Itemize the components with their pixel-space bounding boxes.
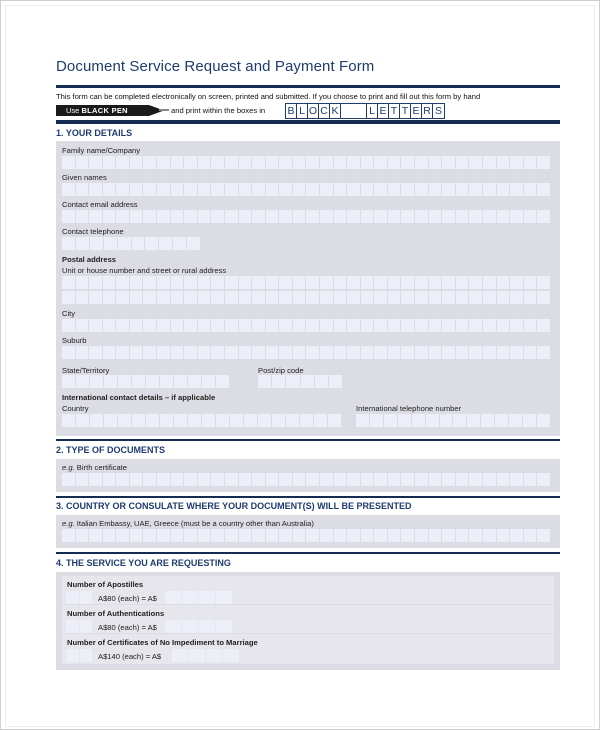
character-cell[interactable] (89, 319, 102, 332)
character-cell[interactable] (388, 291, 401, 304)
character-cell[interactable] (293, 210, 306, 223)
character-cell[interactable] (279, 473, 292, 486)
character-cell[interactable] (143, 183, 156, 196)
character-cell[interactable] (429, 276, 442, 289)
character-cell[interactable] (388, 276, 401, 289)
character-cell[interactable] (524, 156, 537, 169)
character-cell[interactable] (537, 346, 550, 359)
character-cell[interactable] (76, 375, 89, 388)
character-cell[interactable] (184, 210, 197, 223)
character-cell[interactable] (198, 529, 211, 542)
character-cell[interactable] (157, 529, 170, 542)
character-cell[interactable] (510, 276, 523, 289)
character-cell[interactable] (398, 414, 411, 427)
character-cell[interactable] (225, 276, 238, 289)
character-cell[interactable] (104, 237, 117, 250)
character-cell[interactable] (495, 414, 508, 427)
character-cell[interactable] (62, 414, 75, 427)
character-cell[interactable] (456, 529, 469, 542)
character-cell[interactable] (76, 210, 89, 223)
character-cell[interactable] (306, 276, 319, 289)
character-cell[interactable] (483, 156, 496, 169)
character-cell[interactable] (347, 156, 360, 169)
character-cell[interactable] (159, 237, 172, 250)
character-cell[interactable] (90, 414, 103, 427)
character-cell[interactable] (320, 210, 333, 223)
authentications-amount-field[interactable] (165, 620, 232, 633)
character-cell[interactable] (429, 529, 442, 542)
character-cell[interactable] (334, 183, 347, 196)
character-cell[interactable] (469, 156, 482, 169)
character-cell[interactable] (314, 414, 327, 427)
character-cell[interactable] (537, 183, 550, 196)
given-names-field[interactable] (62, 183, 550, 196)
character-cell[interactable] (266, 319, 279, 332)
character-cell[interactable] (116, 529, 129, 542)
character-cell[interactable] (415, 529, 428, 542)
character-cell[interactable] (401, 319, 414, 332)
character-cell[interactable] (374, 319, 387, 332)
character-cell[interactable] (198, 183, 211, 196)
character-cell[interactable] (173, 237, 186, 250)
character-cell[interactable] (469, 529, 482, 542)
character-cell[interactable] (293, 291, 306, 304)
character-cell[interactable] (89, 346, 102, 359)
character-cell[interactable] (509, 414, 522, 427)
character-cell[interactable] (225, 319, 238, 332)
character-cell[interactable] (537, 291, 550, 304)
character-cell[interactable] (279, 183, 292, 196)
character-cell[interactable] (62, 473, 75, 486)
character-cell[interactable] (118, 414, 131, 427)
character-cell[interactable] (537, 529, 550, 542)
character-cell[interactable] (293, 319, 306, 332)
character-cell[interactable] (374, 291, 387, 304)
character-cell[interactable] (76, 414, 89, 427)
character-cell[interactable] (230, 414, 243, 427)
character-cell[interactable] (157, 276, 170, 289)
character-cell[interactable] (456, 319, 469, 332)
character-cell[interactable] (90, 237, 103, 250)
character-cell[interactable] (211, 276, 224, 289)
character-cell[interactable] (160, 414, 173, 427)
character-cell[interactable] (225, 473, 238, 486)
character-cell[interactable] (347, 529, 360, 542)
character-cell[interactable] (143, 473, 156, 486)
character-cell[interactable] (456, 291, 469, 304)
character-cell[interactable] (143, 319, 156, 332)
character-cell[interactable] (361, 291, 374, 304)
character-cell[interactable] (361, 473, 374, 486)
character-cell[interactable] (272, 375, 285, 388)
character-cell[interactable] (62, 291, 75, 304)
character-cell[interactable] (76, 156, 89, 169)
character-cell[interactable] (103, 276, 116, 289)
character-cell[interactable] (198, 346, 211, 359)
character-cell[interactable] (184, 291, 197, 304)
character-cell[interactable] (374, 276, 387, 289)
character-cell[interactable] (104, 414, 117, 427)
character-cell[interactable] (258, 414, 271, 427)
character-cell[interactable] (116, 319, 129, 332)
character-cell[interactable] (347, 210, 360, 223)
character-cell[interactable] (361, 156, 374, 169)
street-field-line-1[interactable] (62, 276, 550, 289)
character-cell[interactable] (116, 276, 129, 289)
character-cell[interactable] (211, 210, 224, 223)
character-cell[interactable] (306, 346, 319, 359)
telephone-field[interactable] (62, 237, 200, 250)
character-cell[interactable] (62, 319, 75, 332)
character-cell[interactable] (374, 346, 387, 359)
character-cell[interactable] (293, 183, 306, 196)
character-cell[interactable] (184, 529, 197, 542)
character-cell[interactable] (306, 210, 319, 223)
character-cell[interactable] (187, 237, 200, 250)
character-cell[interactable] (62, 529, 75, 542)
character-cell[interactable] (118, 375, 131, 388)
character-cell[interactable] (300, 414, 313, 427)
character-cell[interactable] (347, 291, 360, 304)
character-cell[interactable] (143, 291, 156, 304)
character-cell[interactable] (174, 375, 187, 388)
character-cell[interactable] (401, 210, 414, 223)
character-cell[interactable] (510, 319, 523, 332)
character-cell[interactable] (225, 156, 238, 169)
character-cell[interactable] (510, 156, 523, 169)
character-cell[interactable] (211, 346, 224, 359)
character-cell[interactable] (442, 291, 455, 304)
character-cell[interactable] (456, 156, 469, 169)
character-cell[interactable] (130, 183, 143, 196)
character-cell[interactable] (225, 346, 238, 359)
character-cell[interactable] (497, 346, 510, 359)
character-cell[interactable] (524, 346, 537, 359)
character-cell[interactable] (198, 291, 211, 304)
state-field[interactable] (62, 375, 229, 388)
character-cell[interactable] (171, 183, 184, 196)
character-cell[interactable] (374, 156, 387, 169)
character-cell[interactable] (388, 473, 401, 486)
character-cell[interactable] (429, 346, 442, 359)
apostilles-quantity-field[interactable] (66, 591, 92, 604)
character-cell[interactable] (401, 529, 414, 542)
character-cell[interactable] (483, 183, 496, 196)
character-cell[interactable] (225, 183, 238, 196)
character-cell[interactable] (334, 210, 347, 223)
character-cell[interactable] (286, 375, 299, 388)
character-cell[interactable] (266, 276, 279, 289)
country-consulate-field[interactable] (62, 529, 550, 542)
character-cell[interactable] (347, 276, 360, 289)
character-cell[interactable] (334, 346, 347, 359)
character-cell[interactable] (415, 346, 428, 359)
character-cell[interactable] (497, 319, 510, 332)
character-cell[interactable] (252, 183, 265, 196)
character-cell[interactable] (293, 473, 306, 486)
cni-amount-field[interactable] (172, 649, 239, 662)
character-cell[interactable] (415, 156, 428, 169)
character-cell[interactable] (184, 276, 197, 289)
character-cell[interactable] (347, 473, 360, 486)
character-cell[interactable] (103, 183, 116, 196)
character-cell[interactable] (328, 414, 341, 427)
character-cell[interactable] (103, 210, 116, 223)
character-cell[interactable] (306, 473, 319, 486)
character-cell[interactable] (510, 473, 523, 486)
character-cell[interactable] (202, 414, 215, 427)
cni-quantity-field[interactable] (66, 649, 92, 662)
character-cell[interactable] (510, 529, 523, 542)
character-cell[interactable] (252, 319, 265, 332)
family-name-field[interactable] (62, 156, 550, 169)
character-cell[interactable] (239, 346, 252, 359)
character-cell[interactable] (361, 529, 374, 542)
character-cell[interactable] (279, 156, 292, 169)
character-cell[interactable] (225, 291, 238, 304)
character-cell[interactable] (239, 183, 252, 196)
character-cell[interactable] (62, 375, 75, 388)
character-cell[interactable] (198, 276, 211, 289)
character-cell[interactable] (103, 529, 116, 542)
character-cell[interactable] (116, 156, 129, 169)
character-cell[interactable] (456, 210, 469, 223)
character-cell[interactable] (62, 210, 75, 223)
character-cell[interactable] (216, 375, 229, 388)
character-cell[interactable] (510, 291, 523, 304)
character-cell[interactable] (157, 183, 170, 196)
character-cell[interactable] (239, 529, 252, 542)
character-cell[interactable] (374, 529, 387, 542)
character-cell[interactable] (320, 276, 333, 289)
character-cell[interactable] (370, 414, 383, 427)
character-cell[interactable] (401, 473, 414, 486)
street-field-line-2[interactable] (62, 291, 550, 304)
character-cell[interactable] (467, 414, 480, 427)
character-cell[interactable] (143, 156, 156, 169)
character-cell[interactable] (132, 237, 145, 250)
character-cell[interactable] (320, 529, 333, 542)
character-cell[interactable] (171, 319, 184, 332)
character-cell[interactable] (388, 156, 401, 169)
character-cell[interactable] (456, 346, 469, 359)
character-cell[interactable] (130, 346, 143, 359)
character-cell[interactable] (453, 414, 466, 427)
character-cell[interactable] (62, 156, 75, 169)
character-cell[interactable] (469, 183, 482, 196)
character-cell[interactable] (279, 319, 292, 332)
character-cell[interactable] (442, 276, 455, 289)
character-cell[interactable] (216, 414, 229, 427)
character-cell[interactable] (442, 346, 455, 359)
character-cell[interactable] (442, 473, 455, 486)
character-cell[interactable] (252, 529, 265, 542)
character-cell[interactable] (293, 156, 306, 169)
character-cell[interactable] (334, 473, 347, 486)
character-cell[interactable] (258, 375, 271, 388)
character-cell[interactable] (429, 156, 442, 169)
character-cell[interactable] (497, 473, 510, 486)
character-cell[interactable] (211, 529, 224, 542)
character-cell[interactable] (89, 291, 102, 304)
character-cell[interactable] (130, 319, 143, 332)
character-cell[interactable] (188, 414, 201, 427)
character-cell[interactable] (103, 319, 116, 332)
character-cell[interactable] (537, 156, 550, 169)
character-cell[interactable] (279, 291, 292, 304)
apostilles-amount-field[interactable] (165, 591, 232, 604)
character-cell[interactable] (293, 346, 306, 359)
character-cell[interactable] (145, 237, 158, 250)
character-cell[interactable] (524, 529, 537, 542)
character-cell[interactable] (62, 276, 75, 289)
character-cell[interactable] (442, 183, 455, 196)
character-cell[interactable] (320, 183, 333, 196)
character-cell[interactable] (252, 276, 265, 289)
character-cell[interactable] (146, 375, 159, 388)
character-cell[interactable] (89, 276, 102, 289)
character-cell[interactable] (401, 276, 414, 289)
character-cell[interactable] (76, 183, 89, 196)
character-cell[interactable] (279, 529, 292, 542)
character-cell[interactable] (401, 156, 414, 169)
character-cell[interactable] (266, 346, 279, 359)
character-cell[interactable] (306, 529, 319, 542)
character-cell[interactable] (211, 319, 224, 332)
character-cell[interactable] (524, 183, 537, 196)
character-cell[interactable] (524, 473, 537, 486)
character-cell[interactable] (211, 183, 224, 196)
character-cell[interactable] (116, 291, 129, 304)
character-cell[interactable] (279, 346, 292, 359)
character-cell[interactable] (286, 414, 299, 427)
character-cell[interactable] (388, 529, 401, 542)
character-cell[interactable] (524, 210, 537, 223)
character-cell[interactable] (469, 210, 482, 223)
character-cell[interactable] (497, 291, 510, 304)
character-cell[interactable] (266, 473, 279, 486)
character-cell[interactable] (184, 473, 197, 486)
character-cell[interactable] (211, 156, 224, 169)
character-cell[interactable] (239, 276, 252, 289)
character-cell[interactable] (426, 414, 439, 427)
character-cell[interactable] (510, 346, 523, 359)
character-cell[interactable] (266, 529, 279, 542)
character-cell[interactable] (89, 473, 102, 486)
postcode-field[interactable] (258, 375, 342, 388)
character-cell[interactable] (497, 183, 510, 196)
character-cell[interactable] (415, 183, 428, 196)
character-cell[interactable] (315, 375, 328, 388)
character-cell[interactable] (497, 529, 510, 542)
character-cell[interactable] (415, 473, 428, 486)
character-cell[interactable] (89, 183, 102, 196)
character-cell[interactable] (456, 473, 469, 486)
character-cell[interactable] (76, 529, 89, 542)
intl-phone-field[interactable] (356, 414, 550, 427)
character-cell[interactable] (62, 346, 75, 359)
character-cell[interactable] (252, 346, 265, 359)
country-field[interactable] (62, 414, 341, 427)
character-cell[interactable] (130, 210, 143, 223)
character-cell[interactable] (130, 156, 143, 169)
character-cell[interactable] (306, 183, 319, 196)
character-cell[interactable] (510, 183, 523, 196)
character-cell[interactable] (252, 473, 265, 486)
character-cell[interactable] (76, 473, 89, 486)
character-cell[interactable] (103, 346, 116, 359)
character-cell[interactable] (89, 156, 102, 169)
character-cell[interactable] (497, 276, 510, 289)
character-cell[interactable] (429, 473, 442, 486)
character-cell[interactable] (266, 156, 279, 169)
character-cell[interactable] (469, 276, 482, 289)
character-cell[interactable] (130, 291, 143, 304)
documents-field[interactable] (62, 473, 550, 486)
character-cell[interactable] (334, 291, 347, 304)
character-cell[interactable] (171, 529, 184, 542)
character-cell[interactable] (469, 319, 482, 332)
city-field[interactable] (62, 319, 550, 332)
character-cell[interactable] (415, 210, 428, 223)
character-cell[interactable] (483, 529, 496, 542)
character-cell[interactable] (361, 346, 374, 359)
character-cell[interactable] (361, 319, 374, 332)
character-cell[interactable] (361, 276, 374, 289)
character-cell[interactable] (469, 346, 482, 359)
character-cell[interactable] (442, 529, 455, 542)
character-cell[interactable] (104, 375, 117, 388)
character-cell[interactable] (361, 210, 374, 223)
character-cell[interactable] (143, 529, 156, 542)
character-cell[interactable] (118, 237, 131, 250)
character-cell[interactable] (184, 156, 197, 169)
character-cell[interactable] (171, 156, 184, 169)
character-cell[interactable] (198, 319, 211, 332)
character-cell[interactable] (130, 276, 143, 289)
character-cell[interactable] (174, 414, 187, 427)
character-cell[interactable] (171, 473, 184, 486)
character-cell[interactable] (483, 319, 496, 332)
character-cell[interactable] (252, 156, 265, 169)
character-cell[interactable] (481, 414, 494, 427)
character-cell[interactable] (239, 156, 252, 169)
character-cell[interactable] (239, 473, 252, 486)
character-cell[interactable] (347, 183, 360, 196)
character-cell[interactable] (483, 291, 496, 304)
character-cell[interactable] (266, 210, 279, 223)
character-cell[interactable] (388, 183, 401, 196)
character-cell[interactable] (90, 375, 103, 388)
character-cell[interactable] (279, 210, 292, 223)
character-cell[interactable] (497, 210, 510, 223)
character-cell[interactable] (184, 346, 197, 359)
character-cell[interactable] (198, 473, 211, 486)
character-cell[interactable] (89, 210, 102, 223)
character-cell[interactable] (198, 156, 211, 169)
character-cell[interactable] (171, 276, 184, 289)
character-cell[interactable] (388, 346, 401, 359)
character-cell[interactable] (157, 473, 170, 486)
character-cell[interactable] (537, 276, 550, 289)
character-cell[interactable] (62, 183, 75, 196)
character-cell[interactable] (301, 375, 314, 388)
character-cell[interactable] (116, 473, 129, 486)
character-cell[interactable] (225, 210, 238, 223)
character-cell[interactable] (334, 529, 347, 542)
suburb-field[interactable] (62, 346, 550, 359)
character-cell[interactable] (160, 375, 173, 388)
